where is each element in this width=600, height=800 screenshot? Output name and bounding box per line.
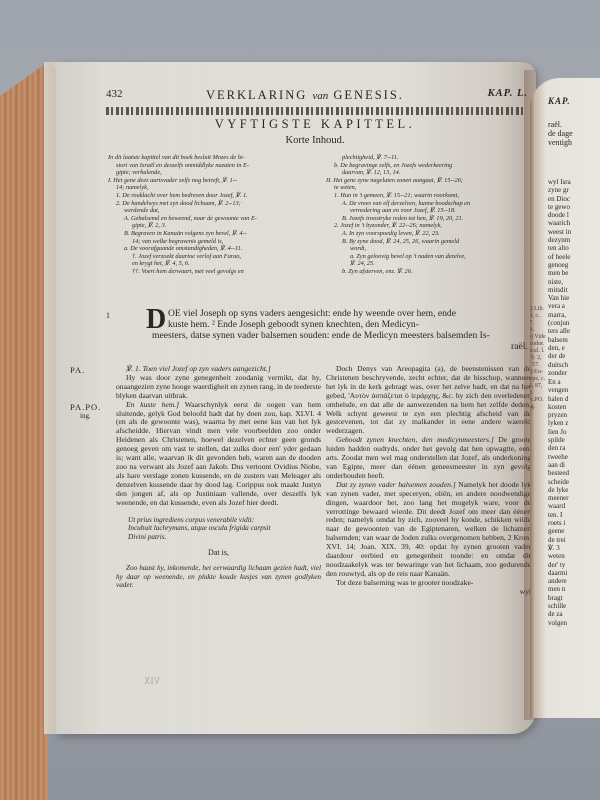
right-page-line: de trei xyxy=(548,536,600,544)
right-page-line: mitsdit xyxy=(548,286,600,294)
commentary-text: Waarschynlyk eerst de oogen van hem slui… xyxy=(116,400,321,507)
right-page-line: ters alle xyxy=(548,327,600,335)
quote-line: Ut prius ingrediens corpus venerabile vi… xyxy=(128,516,321,525)
summary-line: ††. Voert hem derwaart, met veel gevolgs… xyxy=(108,268,296,276)
right-page-line: wyl Isra xyxy=(548,178,600,186)
right-page-line: balsem xyxy=(548,336,600,344)
drop-cap: D xyxy=(146,308,166,332)
summary-line: A. In zyn voorspoedig leven, ℣. 22, 23. xyxy=(326,230,526,238)
right-page-line: marra, xyxy=(548,311,600,319)
summary-line: 1. Hun in 't gemeen, ℣. 15--21; waarin v… xyxy=(326,192,526,200)
right-page-line: vera a xyxy=(548,302,600,310)
right-page-line: de lyke xyxy=(548,486,600,494)
summary-line: plechtigheid, ℣. 7--11. xyxy=(326,154,526,162)
commentary-right-column: Doch Denys van Areopagita (a), de beenst… xyxy=(326,365,531,597)
right-page-line: lyken z xyxy=(548,419,600,427)
catchword: wyl xyxy=(326,588,531,597)
summary-line: vernedering aan en voor Jozef, ℣. 15--18… xyxy=(326,207,526,215)
summary-left-column: In dit laatste kapittel van dit boek bes… xyxy=(108,154,296,276)
right-page-line: den ra xyxy=(548,444,600,452)
right-page-line: en Dioc xyxy=(548,195,600,203)
right-page-line: I, §. 2, xyxy=(530,355,546,362)
summary-line: stori van Israël en deszelfs onmiddlyke … xyxy=(108,162,296,170)
summary-line: b. Zyn afsterven, enz. ℣. 26. xyxy=(326,268,526,276)
right-page-line: spilde xyxy=(548,436,600,444)
summary-line: I. Het gene deez aartsvader zelfs nog be… xyxy=(108,177,296,185)
summary-line: 1. De rouklacht over hem bedreven door J… xyxy=(108,192,296,200)
right-page-line: meener xyxy=(548,494,600,502)
right-page-line: kosten xyxy=(548,403,600,411)
right-page-line: pryzen xyxy=(548,411,600,419)
commentary-paragraph: Tot deze balseming was te grooter noodza… xyxy=(326,579,531,588)
verse-line: meesters, datse synen vader balsemen sou… xyxy=(152,330,490,341)
right-page-line: tweehe xyxy=(548,453,600,461)
summary-line: ℣. 24, 25. xyxy=(326,260,526,268)
title-prefix: VERKLARING xyxy=(206,88,307,102)
summary-line: werdende dat, xyxy=(108,207,296,215)
summary-line: daarvan, ℣. 12, 13, 14. xyxy=(326,169,526,177)
right-page-text-top: raël.de dageventigh xyxy=(548,120,600,147)
summary-right-column: plechtigheid, ℣. 7--11.b. De begravinge … xyxy=(326,154,526,276)
right-page-line: of heele xyxy=(548,253,600,261)
summary-line: gipte, ℣. 2, 3. xyxy=(108,222,296,230)
right-page-line: daarmi xyxy=(548,569,600,577)
right-page-line: ventigh xyxy=(548,138,600,147)
commentary-lemma: En kuste hem.] xyxy=(126,400,179,409)
right-page-line: PA. xyxy=(530,327,546,334)
commentary-paragraph: Doch Denys van Areopagita (a), de beenst… xyxy=(326,365,531,436)
right-page-line: dezynm xyxy=(548,236,600,244)
right-page-line: den, e xyxy=(548,344,600,352)
right-page-line: de za xyxy=(548,610,600,618)
commentary-paragraph: En kuste hem.] Waarschynlyk eerst de oog… xyxy=(116,401,321,508)
right-page-line: (c) Eu- xyxy=(530,369,546,376)
right-page-line: vengen xyxy=(548,386,600,394)
right-page-line: (conjun xyxy=(548,319,600,327)
right-page-line: men n xyxy=(548,585,600,593)
right-page-line: scheide xyxy=(548,478,600,486)
summary-line: 2. De handelwys met zyn dood lichaam, ℣.… xyxy=(108,200,296,208)
right-page-line: halen d xyxy=(548,395,600,403)
right-page-line: genoeg xyxy=(548,261,600,269)
right-page-line: aan di xyxy=(548,461,600,469)
right-page-line: de dage xyxy=(548,129,600,138)
right-page-line: duitsch xyxy=(548,361,600,369)
translation: Zoo haast hy, inkomende, het eerwaardig … xyxy=(116,564,321,590)
chapter-marker: KAP. L. xyxy=(488,88,528,99)
right-page-line: terpe, c. xyxy=(530,376,546,383)
right-page-line: weten xyxy=(548,552,600,560)
verse-number: 1 xyxy=(106,310,110,321)
quote-line: Incubuit lachrymans, atque oscula frigid… xyxy=(128,524,321,533)
right-page-line: En a xyxy=(548,378,600,386)
right-page-line: 86, 87, xyxy=(530,383,546,390)
right-page-line: p. 57. xyxy=(530,362,546,369)
margin-note-papo-sub: ing. xyxy=(70,412,101,421)
summary-line: gipte; verhalende, xyxy=(108,169,296,177)
right-page-line: der' ty xyxy=(548,561,600,569)
commentary-paragraph: Hy was door zyne genegenheit zoodanig ve… xyxy=(116,374,321,401)
title-van: van xyxy=(312,90,328,102)
right-page-line: Van hie xyxy=(548,294,600,302)
commentary-paragraph: Dat zy zynen vader balsemen zouden.] Nam… xyxy=(326,481,531,579)
commentary-paragraph: Geboodt zynen knechten, den medicynmeest… xyxy=(326,436,531,481)
verse-line: OE viel Joseph op syns vaders aengesicht… xyxy=(168,308,456,319)
right-page-line: volgen xyxy=(548,619,600,627)
right-page-line: 88. xyxy=(530,390,546,397)
right-page-line: andere xyxy=(548,577,600,585)
right-page-line: raël. xyxy=(548,120,600,129)
right-page-line: Sicul. l. xyxy=(530,348,546,355)
right-page-line: XI, c. xyxy=(530,313,546,320)
right-page-line: ten. I xyxy=(548,511,600,519)
right-page-line: zonder xyxy=(548,369,600,377)
right-page-line: PA.PO. xyxy=(530,397,546,404)
commentary-lemma: Geboodt zynen knechten, den medicynmeest… xyxy=(336,435,494,444)
margin-note-pa: PA. xyxy=(70,365,85,375)
margin-note-papo-label: PA.PO. xyxy=(70,402,101,412)
right-page-margin-notes: (a) Lib.XI, c.37.PA.(b) VideDiodor.Sicul… xyxy=(530,306,546,411)
right-page-line: ℣. 3 xyxy=(548,544,600,552)
right-page-line: te gewo xyxy=(548,203,600,211)
right-page-text-low: En avengenhalen dkostenpryzenlyken zlien… xyxy=(548,378,600,627)
left-page: 432 VERKLARING van GENESIS. KAP. L. VYFT… xyxy=(56,62,536,734)
latin-quote: Ut prius ingrediens corpus venerabile vi… xyxy=(116,516,321,542)
running-title: VERKLARING van GENESIS. xyxy=(206,88,404,103)
right-page-kap: KAP. xyxy=(548,96,571,106)
right-page-line: waard xyxy=(548,502,600,510)
summary-line: en krygt het, ℣. 4, 5, 6. xyxy=(108,260,296,268)
summary-line: wordt, xyxy=(326,245,526,253)
right-page-text-mid: wyl Israzyne gren Diocte gewodoode lwaar… xyxy=(548,178,600,377)
right-page-line: (b) Vide xyxy=(530,334,546,341)
right-page-line: der de xyxy=(548,352,600,360)
title-suffix: GENESIS. xyxy=(333,88,404,102)
right-page-line: bragt xyxy=(548,594,600,602)
running-head: 432 VERKLARING van GENESIS. KAP. L. xyxy=(106,88,536,106)
right-page-line: ing. xyxy=(530,404,546,411)
right-page-line: weest in xyxy=(548,228,600,236)
commentary-text: Namelyk het doode lyk van zynen vader, m… xyxy=(326,480,531,578)
dat-is-label: Dat is, xyxy=(116,549,321,558)
summary-line: 14; namelyk, xyxy=(108,184,296,192)
chapter-title: VYFTIGSTE KAPITTEL. xyxy=(106,117,524,132)
verse-line: kuste hem. ² Ende Joseph geboodt synen k… xyxy=(168,319,419,330)
right-page-line: zyne gr xyxy=(548,186,600,194)
summary-line: B. Begraven in Kanaän volgens zyn bevel,… xyxy=(108,230,296,238)
chapter-subtitle: Korte Inhoud. xyxy=(106,135,524,146)
right-page-line: Diodor. xyxy=(530,341,546,348)
right-page-line: geene xyxy=(548,527,600,535)
page-number: 432 xyxy=(106,88,123,100)
right-page-line: men be xyxy=(548,269,600,277)
summary-line: B. By zyne dood, ℣. 24, 25, 26, waarin g… xyxy=(326,238,526,246)
right-page-line: besteed xyxy=(548,469,600,477)
right-page-line: ten alto xyxy=(548,244,600,252)
right-page-line: schille xyxy=(548,602,600,610)
commentary-left-column: ℣. 1. Toen viel Jozef op zyn vaders aang… xyxy=(116,365,321,590)
summary-line: In dit laatste kapittel van dit boek bes… xyxy=(108,154,296,162)
right-page-line: niste, xyxy=(548,278,600,286)
book-page-edge xyxy=(0,62,48,800)
quote-line: Divini patris. xyxy=(128,533,321,542)
summary-line: a. De voorafgaande omstandigheden, ℣. 4-… xyxy=(108,245,296,253)
right-page-line: 37. xyxy=(530,320,546,327)
commentary-lemma: Dat zy zynen vader balsemen zouden.] xyxy=(336,480,456,489)
faint-stamp: VIX xyxy=(144,676,160,686)
summary-line: 14; van welke begravenis gemeld is, xyxy=(108,238,296,246)
right-page-line: doode l xyxy=(548,211,600,219)
ornamental-rule xyxy=(106,107,524,115)
right-page: KAP. raël.de dageventigh wyl Israzyne gr… xyxy=(530,78,600,718)
summary-line: te weten, xyxy=(326,184,526,192)
right-page-line: roets i xyxy=(548,519,600,527)
right-page-line: (a) Lib. xyxy=(530,306,546,313)
right-page-line: lien Jo xyxy=(548,428,600,436)
right-page-line: waarich xyxy=(548,219,600,227)
summary-line: II. Het gene zyne nagelaten zonen aangaa… xyxy=(326,177,526,185)
margin-note-papo: PA.PO. ing. xyxy=(70,403,101,421)
summary-line: 2. Jozef in 't byzonder, ℣. 22--26; name… xyxy=(326,222,526,230)
